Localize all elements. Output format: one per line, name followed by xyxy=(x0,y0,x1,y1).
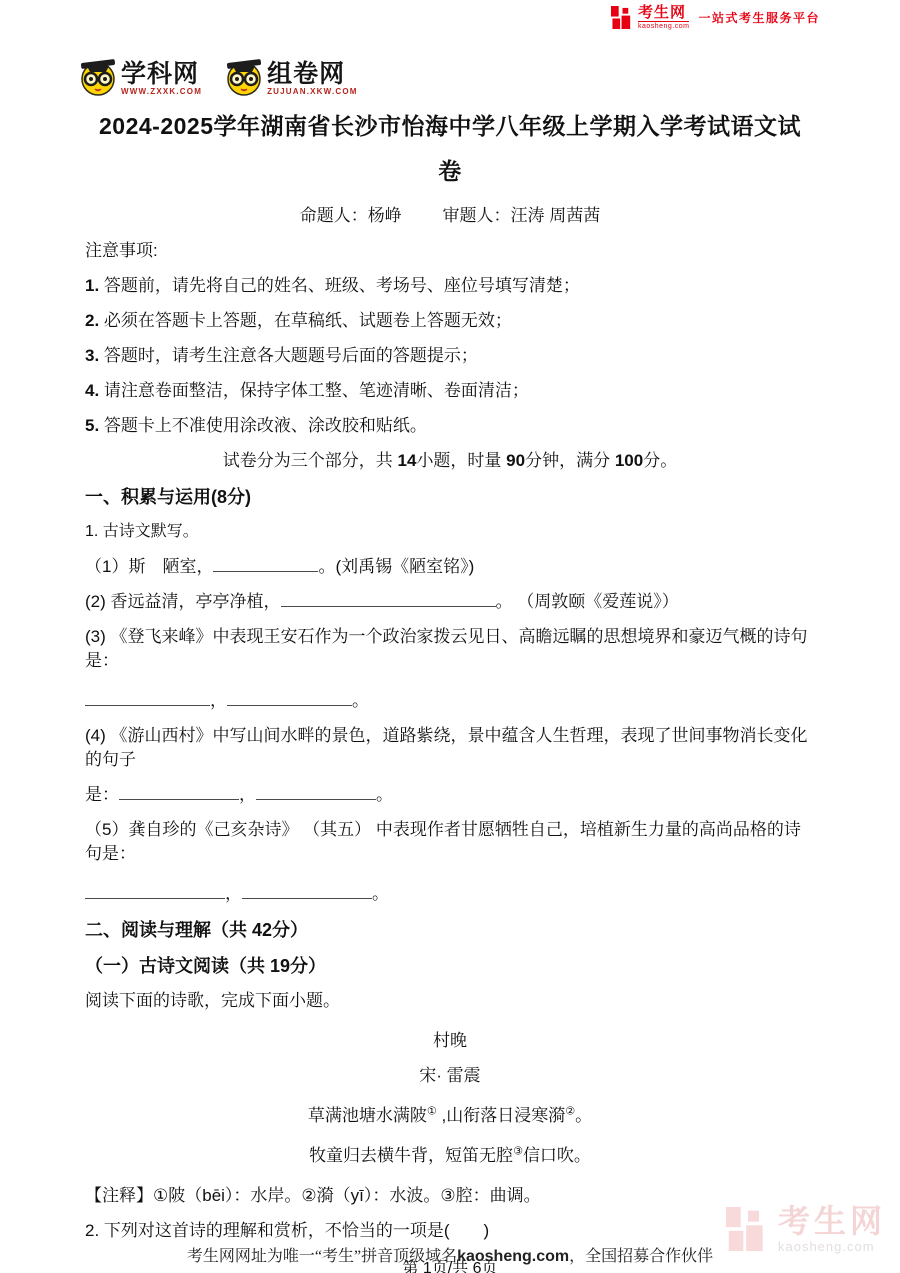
xuekewang-name: 学科网 xyxy=(121,62,202,87)
question-count: 14 xyxy=(398,451,417,470)
kaosheng-h-icon xyxy=(611,6,634,29)
poem-notes: 【注释】①陂（bēi）：水岸。②漪（yī）：水波。③腔：曲调。 xyxy=(85,1184,815,1208)
exam-title-line2: 卷 xyxy=(85,155,815,187)
section-two-sub-heading: （一）古诗文阅读（共 19分） xyxy=(85,954,815,978)
exam-document-page: 考生网 kaosheng.com 一站式考生服务平台 xyxy=(0,0,900,1273)
notice-item-number: 3. xyxy=(85,346,99,365)
answer-blank xyxy=(242,883,372,899)
exam-title-line1: 2024-2025学年湖南省长沙市怡海中学八年级上学期入学考试语文试 xyxy=(85,110,815,142)
answer-blank xyxy=(281,591,496,607)
q1-item-1-source: 。(刘禹锡《陋室铭》) xyxy=(318,557,474,576)
answer-blank xyxy=(85,690,210,706)
reviewer-label: 审题人：汪涛 周茜茜 xyxy=(443,206,601,225)
q1-item-1: （1）斯 陋室，。(刘禹锡《陋室铭》) xyxy=(85,555,815,579)
notice-item-text: 必须在答题卡上答题，在草稿纸、试题卷上答题无效； xyxy=(104,311,512,330)
notice-item-number: 4. xyxy=(85,381,99,400)
summary-text: 分钟，满分 xyxy=(525,451,615,470)
summary-text: 试卷分为三个部分，共 xyxy=(223,451,398,470)
kaosheng-blocks-icon xyxy=(611,6,634,29)
answer-blank xyxy=(119,784,239,800)
q1-item-1-text: （1）斯 陋室， xyxy=(85,557,213,576)
notice-item-text: 答题时，请考生注意各大题题号后面的答题提示； xyxy=(104,346,478,365)
poem-text: 信口吹。 xyxy=(523,1146,591,1165)
zujuanwang-name: 组卷网 xyxy=(267,62,358,87)
notice-item: 1. 答题前，请先将自己的姓名、班级、考场号、座位号填写清楚； xyxy=(85,274,815,298)
zujuanwang-logo: 组卷网 zujuan.xkw.com xyxy=(224,56,358,101)
kaosheng-brand-domain: kaosheng.com xyxy=(638,21,690,30)
summary-text: 小题，时量 xyxy=(416,451,506,470)
q1-item-2-source: 。 （周敦颐《爱莲说》） xyxy=(496,592,679,611)
poem-line-1: 草满池塘水满陂① ,山衔落日浸寒漪②。 xyxy=(85,1104,815,1128)
notice-item: 2. 必须在答题卡上答题，在草稿纸、试题卷上答题无效； xyxy=(85,309,815,333)
notice-item-number: 1. xyxy=(85,276,99,295)
section-two-heading: 二、阅读与理解（共 42分） xyxy=(85,918,815,942)
footnote-marker-2: ② xyxy=(565,1105,575,1117)
answer-blank xyxy=(256,784,376,800)
answer-blank xyxy=(227,690,352,706)
notice-item: 4. 请注意卷面整洁，保持字体工整、笔迹清晰、卷面清洁； xyxy=(85,379,815,403)
q1-item-4: (4) 《游山西村》中写山间水畔的景色，道路紫绕，景中蕴含人生哲理，表现了世间事… xyxy=(85,724,815,772)
end-period: 。 xyxy=(352,691,369,710)
notice-item-text: 答题前，请先将自己的姓名、班级、考场号、座位号填写清楚； xyxy=(104,276,580,295)
question-1-label: 1. 古诗文默写。 xyxy=(85,520,815,544)
end-period: 。 xyxy=(376,785,393,804)
q1-item-2-text: (2) 香远益清，亭亭净植， xyxy=(85,592,281,611)
owl-icon xyxy=(224,56,264,101)
poem-text: 。 xyxy=(575,1106,592,1125)
q1-item-5: （5）龚自珍的《己亥杂诗》 （其五） 中表现作者甘愿牺牲自己，培植新生力量的高尚… xyxy=(85,818,815,866)
notice-item: 3. 答题时，请考生注意各大题题号后面的答题提示； xyxy=(85,344,815,368)
footer-promo-line: 考生网网址为唯一“考生”拼音顶级域名kaosheng.com，全国招募合作伙伴 xyxy=(0,1243,900,1266)
document-brand-logos: 学科网 www.zxxk.com 组卷网 xyxy=(78,56,358,101)
poem-text: ,山衔落日浸寒漪 xyxy=(437,1106,565,1125)
notice-item: 5. 答题卡上不准使用涂改液、涂改胶和贴纸。 xyxy=(85,414,815,438)
duration-minutes: 90 xyxy=(506,451,525,470)
end-period: 。 xyxy=(372,884,389,903)
separator-comma: ， xyxy=(225,884,242,903)
kaosheng-brand-name: 考生网 xyxy=(638,5,690,20)
separator-comma: ， xyxy=(210,691,227,710)
exam-summary-line: 试卷分为三个部分，共 14小题，时量 90分钟，满分 100分。 xyxy=(85,449,815,473)
watermark-brand-name: 考生网 xyxy=(778,1205,886,1237)
separator-comma: ， xyxy=(239,785,256,804)
footnote-marker-1: ① xyxy=(427,1105,437,1117)
promo-text: 考生网网址为唯一“考生”拼音顶级域名 xyxy=(187,1248,457,1265)
q1-item-3: (3) 《登飞来峰》中表现王安石作为一个政治家拨云见日、高瞻远瞩的思想境界和豪迈… xyxy=(85,625,815,673)
xuekewang-logo: 学科网 www.zxxk.com xyxy=(78,56,202,101)
promo-text: ，全国招募合作伙伴 xyxy=(569,1248,713,1265)
setter-label: 命题人：杨峥 xyxy=(300,206,402,225)
notice-item-text: 答题卡上不准使用涂改液、涂改胶和贴纸。 xyxy=(104,416,427,435)
notice-item-number: 2. xyxy=(85,311,99,330)
xuekewang-domain: www.zxxk.com xyxy=(121,88,202,96)
q1-item-2: (2) 香远益清，亭亭净植，。 （周敦颐《爱莲说》） xyxy=(85,590,815,614)
q1-item-5-blanks: ，。 xyxy=(85,882,815,906)
reading-intro: 阅读下面的诗歌，完成下面小题。 xyxy=(85,989,815,1013)
question-2-label: 2. 下列对这首诗的理解和赏析，不恰当的一项是( ) xyxy=(85,1219,815,1243)
byline: 命题人：杨峥 审题人：汪涛 周茜茜 xyxy=(85,204,815,228)
poem-text: 牧童归去横牛背，短笛无腔 xyxy=(309,1146,513,1165)
q1-item-3-blanks: ，。 xyxy=(85,689,815,713)
summary-text: 分。 xyxy=(643,451,677,470)
poem-text: 草满池塘水满陂 xyxy=(308,1106,427,1125)
kaosheng-header-logo: 考生网 kaosheng.com 一站式考生服务平台 xyxy=(611,5,820,30)
notice-item-number: 5. xyxy=(85,416,99,435)
footnote-marker-3: ③ xyxy=(513,1145,523,1157)
q1-item-4-lead: 是： xyxy=(85,785,119,804)
notice-heading: 注意事项: xyxy=(85,239,815,263)
owl-icon xyxy=(78,56,118,101)
total-score: 100 xyxy=(615,451,643,470)
notice-item-text: 请注意卷面整洁，保持字体工整、笔迹清晰、卷面清洁； xyxy=(104,381,529,400)
q1-item-4-blanks: 是：，。 xyxy=(85,783,815,807)
kaosheng-tagline: 一站式考生服务平台 xyxy=(698,9,820,26)
zujuanwang-domain: zujuan.xkw.com xyxy=(267,88,358,96)
answer-blank xyxy=(213,556,318,572)
section-one-heading: 一、积累与运用(8分) xyxy=(85,485,815,509)
poem-author: 宋· 雷震 xyxy=(85,1064,815,1088)
answer-blank xyxy=(85,883,225,899)
document-content: 2024-2025学年湖南省长沙市怡海中学八年级上学期入学考试语文试 卷 命题人… xyxy=(85,110,815,1273)
poem-line-2: 牧童归去横牛背，短笛无腔③信口吹。 xyxy=(85,1144,815,1168)
poem-title: 村晚 xyxy=(85,1029,815,1053)
promo-domain: kaosheng.com xyxy=(457,1248,569,1265)
